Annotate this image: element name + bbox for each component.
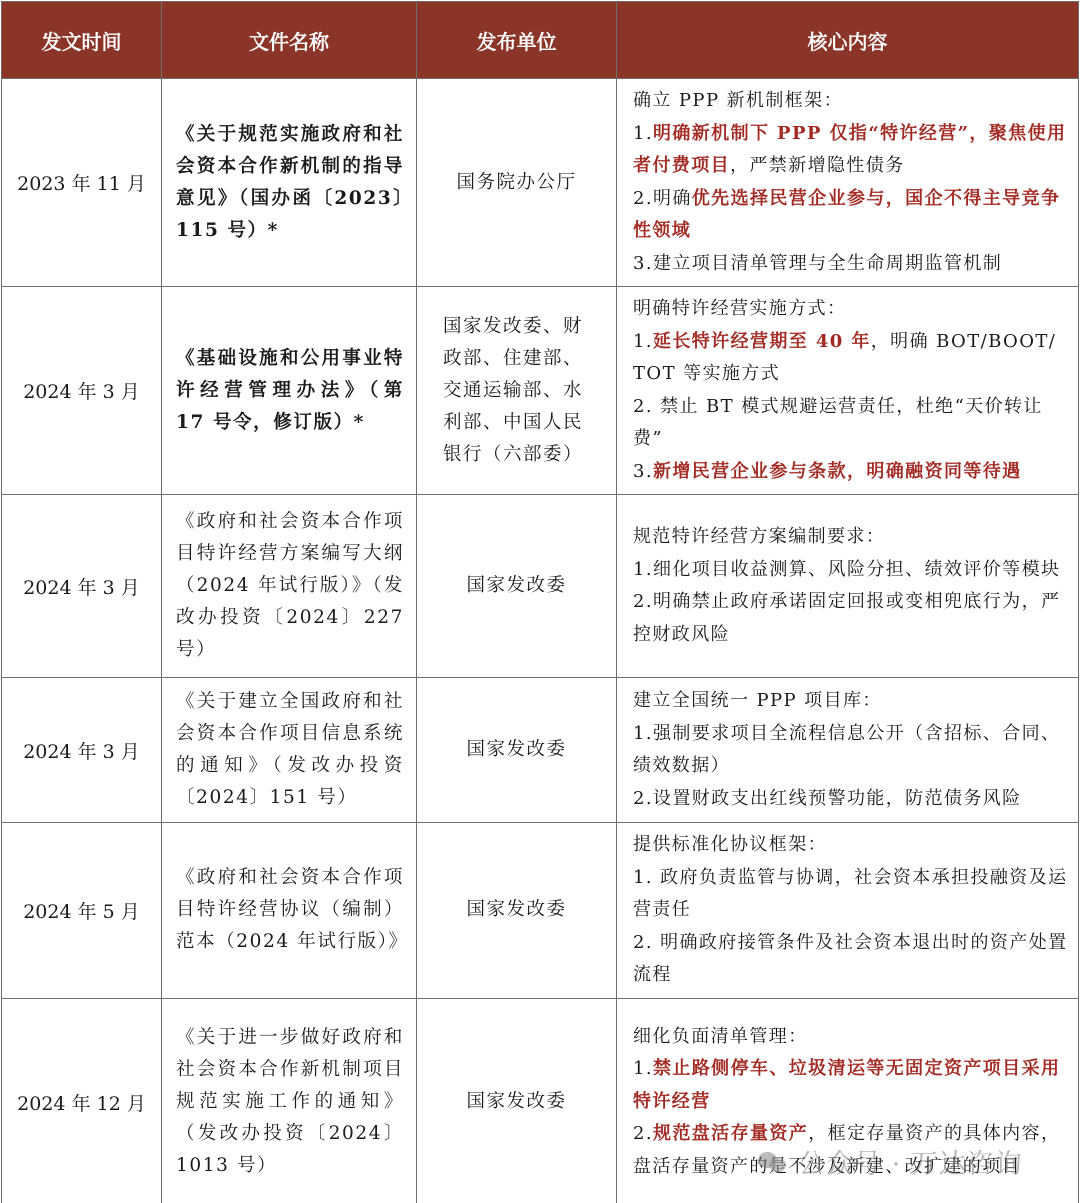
cell-issuer: 国家发改委 bbox=[417, 823, 617, 999]
core-item: 3.建立项目清单管理与全生命周期监管机制 bbox=[633, 248, 1068, 281]
cell-date: 2024 年 3 月 bbox=[2, 678, 162, 823]
cell-document-name: 《基础设施和公用事业特许经营管理办法》（第 17 号令，修订版）* bbox=[162, 287, 417, 495]
table-header-row: 发文时间 文件名称 发布单位 核心内容 bbox=[2, 2, 1079, 79]
cell-document-name: 《政府和社会资本合作项目特许经营协议（编制）范本（2024 年试行版）》 bbox=[162, 823, 417, 999]
core-item-text: 2.明确 bbox=[633, 188, 692, 209]
cell-date: 2024 年 3 月 bbox=[2, 287, 162, 495]
header-core-content: 核心内容 bbox=[617, 2, 1079, 79]
core-item: 2.明确禁止政府承诺固定回报或变相兜底行为，严控财政风险 bbox=[633, 586, 1068, 651]
core-title: 细化负面清单管理： bbox=[633, 1021, 1068, 1054]
table-row: 2024 年 3 月 《基础设施和公用事业特许经营管理办法》（第 17 号令，修… bbox=[2, 287, 1079, 495]
cell-document-name: 《关于进一步做好政府和社会资本合作新机制项目规范实施工作的通知》（发改办投资〔2… bbox=[162, 998, 417, 1203]
core-item: 2. 禁止 BT 模式规避运营责任，杜绝“天价转让费” bbox=[633, 391, 1068, 456]
core-title: 确立 PPP 新机制框架： bbox=[633, 85, 1068, 118]
core-item: 1.细化项目收益测算、风险分担、绩效评价等模块 bbox=[633, 554, 1068, 587]
cell-core-content: 规范特许经营方案编制要求： 1.细化项目收益测算、风险分担、绩效评价等模块 2.… bbox=[617, 495, 1079, 678]
core-item: 1.强制要求项目全流程信息公开（含招标、合同、绩效数据） bbox=[633, 718, 1068, 783]
core-item-highlight: 规范盘活存量资产 bbox=[653, 1123, 808, 1144]
core-item-highlight: 新增民营企业参与条款，明确融资同等待遇 bbox=[653, 461, 1022, 482]
cell-date: 2023 年 11 月 bbox=[2, 79, 162, 287]
core-item-text: 1.细化项目收益测算、风险分担、绩效评价等模块 bbox=[633, 559, 1060, 580]
core-item-text: 1. bbox=[633, 1058, 653, 1079]
cell-document-name: 《关于建立全国政府和社会资本合作项目信息系统的通知》（发改办投资〔2024〕15… bbox=[162, 678, 417, 823]
cell-issuer: 国家发改委 bbox=[417, 678, 617, 823]
core-item-highlight: 禁止路侧停车、垃圾清运等无固定资产项目采用特许经营 bbox=[633, 1058, 1060, 1112]
header-issuer: 发布单位 bbox=[417, 2, 617, 79]
table-row: 2024 年 3 月 《政府和社会资本合作项目特许经营方案编写大纲（2024 年… bbox=[2, 495, 1079, 678]
table-row: 2023 年 11 月 《关于规范实施政府和社会资本合作新机制的指导意见》（国办… bbox=[2, 79, 1079, 287]
core-item: 1.明确新机制下 PPP 仅指“特许经营”，聚焦使用者付费项目，严禁新增隐性债务 bbox=[633, 118, 1068, 183]
core-item: 2.设置财政支出红线预警功能，防范债务风险 bbox=[633, 783, 1068, 816]
core-item-text: 2.明确禁止政府承诺固定回报或变相兜底行为，严控财政风险 bbox=[633, 591, 1060, 645]
core-item: 1.禁止路侧停车、垃圾清运等无固定资产项目采用特许经营 bbox=[633, 1053, 1068, 1118]
cell-core-content: 确立 PPP 新机制框架： 1.明确新机制下 PPP 仅指“特许经营”，聚焦使用… bbox=[617, 79, 1079, 287]
core-title: 明确特许经营实施方式： bbox=[633, 293, 1068, 326]
core-item-text: 3. bbox=[633, 461, 653, 482]
cell-document-name: 《政府和社会资本合作项目特许经营方案编写大纲（2024 年试行版）》（发改办投资… bbox=[162, 495, 417, 678]
core-item-highlight: 优先选择民营企业参与，国企不得主导竞争性领域 bbox=[633, 188, 1060, 242]
core-item: 2.明确优先选择民营企业参与，国企不得主导竞争性领域 bbox=[633, 183, 1068, 248]
core-title: 建立全国统一 PPP 项目库： bbox=[633, 685, 1068, 718]
table-row: 2024 年 5 月 《政府和社会资本合作项目特许经营协议（编制）范本（2024… bbox=[2, 823, 1079, 999]
core-item: 1. 政府负责监管与协调，社会资本承担投融资及运营责任 bbox=[633, 862, 1068, 927]
cell-core-content: 细化负面清单管理： 1.禁止路侧停车、垃圾清运等无固定资产项目采用特许经营 2.… bbox=[617, 998, 1079, 1203]
cell-issuer: 国务院办公厅 bbox=[417, 79, 617, 287]
cell-core-content: 提供标准化协议框架： 1. 政府负责监管与协调，社会资本承担投融资及运营责任 2… bbox=[617, 823, 1079, 999]
policy-table: 发文时间 文件名称 发布单位 核心内容 2023 年 11 月 《关于规范实施政… bbox=[1, 1, 1079, 1203]
cell-date: 2024 年 3 月 bbox=[2, 495, 162, 678]
table-row: 2024 年 12 月 《关于进一步做好政府和社会资本合作新机制项目规范实施工作… bbox=[2, 998, 1079, 1203]
cell-issuer: 国家发改委 bbox=[417, 495, 617, 678]
cell-core-content: 明确特许经营实施方式： 1.延长特许经营期至 40 年，明确 BOT/BOOT/… bbox=[617, 287, 1079, 495]
cell-core-content: 建立全国统一 PPP 项目库： 1.强制要求项目全流程信息公开（含招标、合同、绩… bbox=[617, 678, 1079, 823]
core-item-text: 1. bbox=[633, 123, 653, 144]
core-item-text: 3.建立项目清单管理与全生命周期监管机制 bbox=[633, 253, 1002, 274]
core-item-text: 1. bbox=[633, 331, 653, 352]
core-item-text: ，严禁新增隐性债务 bbox=[730, 155, 905, 176]
table-row: 2024 年 3 月 《关于建立全国政府和社会资本合作项目信息系统的通知》（发改… bbox=[2, 678, 1079, 823]
cell-date: 2024 年 12 月 bbox=[2, 998, 162, 1203]
core-item-text: 2. bbox=[633, 1123, 653, 1144]
core-title: 提供标准化协议框架： bbox=[633, 829, 1068, 862]
core-title: 规范特许经营方案编制要求： bbox=[633, 521, 1068, 554]
cell-document-name: 《关于规范实施政府和社会资本合作新机制的指导意见》（国办函〔2023〕115 号… bbox=[162, 79, 417, 287]
core-item-highlight: 延长特许经营期至 40 年 bbox=[653, 331, 871, 352]
core-item: 2. 明确政府接管条件及社会资本退出时的资产处置流程 bbox=[633, 927, 1068, 992]
cell-date: 2024 年 5 月 bbox=[2, 823, 162, 999]
cell-issuer: 国家发改委 bbox=[417, 998, 617, 1203]
core-item: 3.新增民营企业参与条款，明确融资同等待遇 bbox=[633, 456, 1068, 489]
core-item-text: 1.强制要求项目全流程信息公开（含招标、合同、绩效数据） bbox=[633, 723, 1060, 777]
core-item-text: 2. 禁止 BT 模式规避运营责任，杜绝“天价转让费” bbox=[633, 396, 1043, 450]
core-item-text: 2. 明确政府接管条件及社会资本退出时的资产处置流程 bbox=[633, 932, 1068, 986]
core-item-text: 1. 政府负责监管与协调，社会资本承担投融资及运营责任 bbox=[633, 867, 1068, 921]
cell-issuer: 国家发改委、财政部、住建部、交通运输部、水利部、中国人民银行（六部委） bbox=[417, 287, 617, 495]
core-item: 2.规范盘活存量资产，框定存量资产的具体内容，盘活存量资产的是不涉及新建、改扩建… bbox=[633, 1118, 1068, 1183]
core-item: 1.延长特许经营期至 40 年，明确 BOT/BOOT/ TOT 等实施方式 bbox=[633, 326, 1068, 391]
core-item-text: 2.设置财政支出红线预警功能，防范债务风险 bbox=[633, 788, 1022, 809]
header-date: 发文时间 bbox=[2, 2, 162, 79]
header-document-name: 文件名称 bbox=[162, 2, 417, 79]
